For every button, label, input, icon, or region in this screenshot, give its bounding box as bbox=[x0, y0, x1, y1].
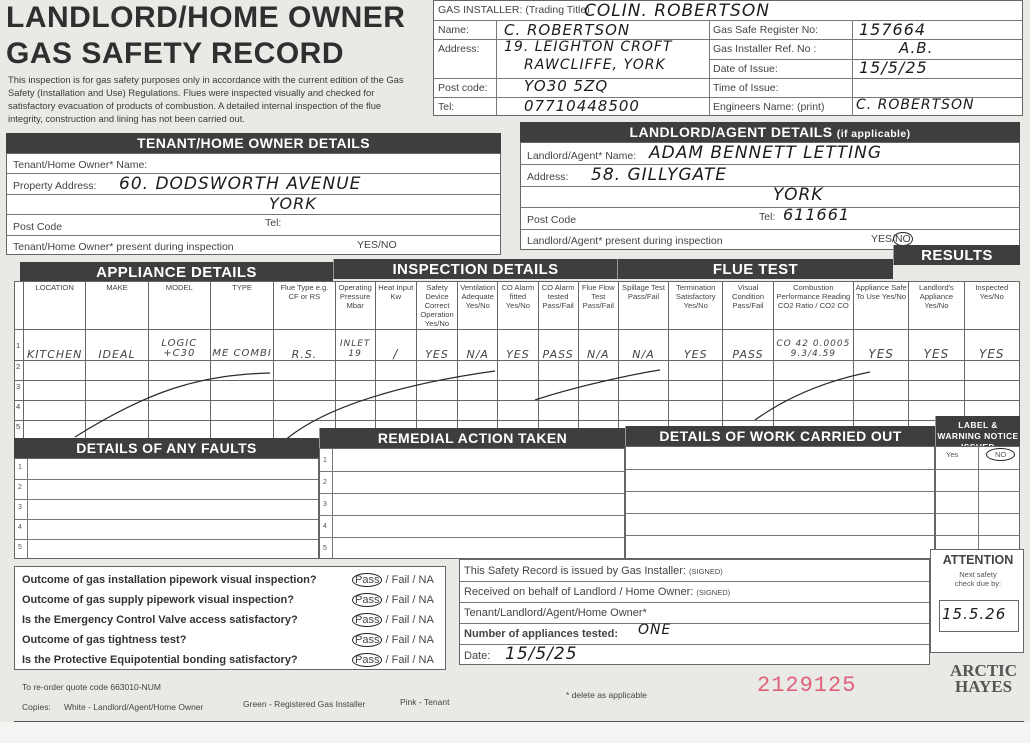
pipework-checks: Outcome of gas installation pipework vis… bbox=[14, 566, 446, 670]
work-carried-out-list bbox=[625, 446, 935, 559]
next-check-field: 15.5.26 bbox=[940, 601, 1018, 623]
check-options[interactable]: Pass / Fail / NA bbox=[356, 653, 434, 667]
faults-heading: DETAILS OF ANY FAULTS bbox=[14, 438, 319, 458]
background-below-form bbox=[0, 722, 1030, 743]
issued-by-label: This Safety Record is issued by Gas Inst… bbox=[464, 565, 723, 577]
faults-remedial-work-section: DETAILS OF ANY FAULTS REMEDIAL ACTION TA… bbox=[14, 426, 1020, 559]
gas-safety-record-form: LANDLORD/HOME OWNER GAS SAFETY RECORD Th… bbox=[0, 0, 1030, 743]
check-question: Outcome of gas supply pipework visual in… bbox=[22, 594, 294, 606]
next-check-label: Next safety check due by: bbox=[951, 570, 1005, 588]
label-warning-no-selected[interactable]: NO bbox=[986, 448, 1015, 461]
faults-list: 1 2 3 4 5 bbox=[14, 458, 319, 559]
check-options[interactable]: Pass / Fail / NA bbox=[356, 593, 434, 607]
date-label: Date: bbox=[464, 650, 490, 662]
date-field[interactable]: 15/5/25 bbox=[505, 644, 578, 664]
check-options[interactable]: Pass / Fail / NA bbox=[356, 573, 434, 587]
copy-pink: Pink - Tenant bbox=[400, 697, 449, 707]
label-warning-yes[interactable]: Yes bbox=[946, 450, 958, 459]
appliances-tested-field[interactable]: ONE bbox=[638, 622, 671, 638]
work-heading: DETAILS OF WORK CARRIED OUT bbox=[625, 426, 935, 446]
copies-label: Copies: bbox=[22, 702, 51, 712]
arctic-hayes-logo: ARCTIC HAYES bbox=[950, 663, 1017, 695]
remedial-heading: REMEDIAL ACTION TAKEN bbox=[319, 428, 625, 448]
label-warning-heading: LABEL & WARNING NOTICE ISSUED bbox=[935, 416, 1020, 446]
signoff-box: This Safety Record is issued by Gas Inst… bbox=[459, 559, 930, 665]
attention-heading: ATTENTION bbox=[931, 553, 1025, 567]
check-question: Is the Emergency Control Valve access sa… bbox=[22, 614, 298, 626]
appliances-tested-label: Number of appliances tested: bbox=[464, 628, 618, 640]
remedial-list: 1 2 3 4 5 bbox=[319, 448, 625, 559]
check-options[interactable]: Pass / Fail / NA bbox=[356, 613, 434, 627]
copy-green: Green - Registered Gas Installer bbox=[243, 699, 365, 709]
received-by-label: Received on behalf of Landlord / Home Ow… bbox=[464, 586, 730, 598]
serial-number: 2129125 bbox=[757, 673, 856, 698]
check-question: Outcome of gas tightness test? bbox=[22, 634, 186, 646]
copy-white: White - Landlord/Agent/Home Owner bbox=[64, 702, 203, 712]
check-options[interactable]: Pass / Fail / NA bbox=[356, 633, 434, 647]
check-question: Is the Protective Equipotential bonding … bbox=[22, 654, 298, 666]
attention-box: ATTENTION Next safety check due by: 15.5… bbox=[930, 549, 1024, 653]
reorder-text: To re-order quote code 663010-NUM bbox=[22, 682, 161, 692]
check-question: Outcome of gas installation pipework vis… bbox=[22, 574, 317, 586]
label-warning-box: Yes NO bbox=[935, 446, 1020, 559]
next-check-box[interactable]: 15.5.26 bbox=[939, 600, 1019, 632]
role-label: Tenant/Landlord/Agent/Home Owner* bbox=[464, 607, 647, 619]
delete-note: * delete as applicable bbox=[566, 690, 647, 700]
